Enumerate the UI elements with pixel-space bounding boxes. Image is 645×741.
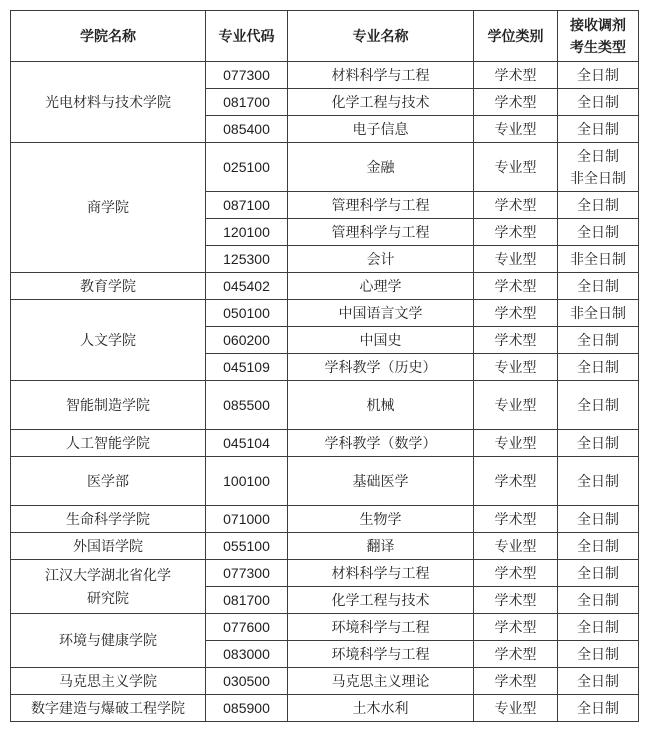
major-name-cell: 化学工程与技术: [288, 587, 474, 614]
degree-type-cell: 学术型: [474, 300, 558, 327]
table-row: 外国语学院055100翻译专业型全日制: [11, 533, 639, 560]
major-name-cell: 环境科学与工程: [288, 614, 474, 641]
table-header: 学院名称 专业代码 专业名称 学位类别 接收调剂 考生类型: [11, 11, 639, 62]
degree-type-cell: 学术型: [474, 587, 558, 614]
degree-type-cell: 专业型: [474, 430, 558, 457]
header-admit-candidate-type: 接收调剂 考生类型: [558, 11, 639, 62]
admit-candidate-type-cell: 全日制: [558, 506, 639, 533]
major-name-cell: 环境科学与工程: [288, 641, 474, 668]
major-name-cell: 翻译: [288, 533, 474, 560]
header-degree-type: 学位类别: [474, 11, 558, 62]
admit-candidate-type-cell: 全日制: [558, 327, 639, 354]
major-code-cell: 045104: [206, 430, 288, 457]
college-name-cell: 商学院: [11, 143, 206, 273]
degree-type-cell: 学术型: [474, 62, 558, 89]
degree-type-cell: 学术型: [474, 89, 558, 116]
degree-type-cell: 专业型: [474, 695, 558, 722]
major-code-cell: 055100: [206, 533, 288, 560]
degree-type-cell: 专业型: [474, 354, 558, 381]
admit-candidate-type-cell: 全日制: [558, 381, 639, 430]
degree-type-cell: 学术型: [474, 219, 558, 246]
table-row: 生命科学学院071000生物学学术型全日制: [11, 506, 639, 533]
admit-candidate-type-cell: 全日制: [558, 614, 639, 641]
major-code-cell: 100100: [206, 457, 288, 506]
admit-candidate-type-cell: 非全日制: [558, 246, 639, 273]
admit-candidate-type-cell: 全日制: [558, 192, 639, 219]
major-code-cell: 081700: [206, 89, 288, 116]
degree-type-cell: 学术型: [474, 641, 558, 668]
degree-type-cell: 专业型: [474, 143, 558, 192]
college-name-cell: 数字建造与爆破工程学院: [11, 695, 206, 722]
major-name-cell: 化学工程与技术: [288, 89, 474, 116]
major-name-cell: 金融: [288, 143, 474, 192]
major-code-cell: 120100: [206, 219, 288, 246]
admit-candidate-type-cell: 全日制: [558, 668, 639, 695]
college-name-cell: 智能制造学院: [11, 381, 206, 430]
table-row: 环境与健康学院077600环境科学与工程学术型全日制: [11, 614, 639, 641]
table-row: 江汉大学湖北省化学 研究院077300材料科学与工程学术型全日制: [11, 560, 639, 587]
major-name-cell: 材料科学与工程: [288, 560, 474, 587]
major-code-cell: 071000: [206, 506, 288, 533]
degree-type-cell: 学术型: [474, 506, 558, 533]
major-name-cell: 基础医学: [288, 457, 474, 506]
degree-type-cell: 专业型: [474, 381, 558, 430]
major-code-cell: 085400: [206, 116, 288, 143]
table-row: 智能制造学院085500机械专业型全日制: [11, 381, 639, 430]
degree-type-cell: 专业型: [474, 533, 558, 560]
admit-candidate-type-cell: 全日制: [558, 533, 639, 560]
major-code-cell: 077300: [206, 560, 288, 587]
table-row: 教育学院045402心理学学术型全日制: [11, 273, 639, 300]
major-code-cell: 045402: [206, 273, 288, 300]
college-name-cell: 外国语学院: [11, 533, 206, 560]
degree-type-cell: 学术型: [474, 560, 558, 587]
degree-type-cell: 专业型: [474, 246, 558, 273]
admit-candidate-type-cell: 全日制: [558, 587, 639, 614]
major-code-cell: 077300: [206, 62, 288, 89]
degree-type-cell: 学术型: [474, 327, 558, 354]
degree-type-cell: 学术型: [474, 273, 558, 300]
major-name-cell: 机械: [288, 381, 474, 430]
major-code-cell: 050100: [206, 300, 288, 327]
admit-candidate-type-cell: 全日制: [558, 695, 639, 722]
college-name-cell: 生命科学学院: [11, 506, 206, 533]
major-name-cell: 学科教学（历史）: [288, 354, 474, 381]
major-name-cell: 学科教学（数学）: [288, 430, 474, 457]
major-name-cell: 管理科学与工程: [288, 219, 474, 246]
major-name-cell: 电子信息: [288, 116, 474, 143]
major-code-cell: 085900: [206, 695, 288, 722]
college-name-cell: 光电材料与技术学院: [11, 62, 206, 143]
major-name-cell: 土木水利: [288, 695, 474, 722]
major-code-cell: 045109: [206, 354, 288, 381]
major-code-cell: 087100: [206, 192, 288, 219]
table-row: 数字建造与爆破工程学院085900土木水利专业型全日制: [11, 695, 639, 722]
major-code-cell: 077600: [206, 614, 288, 641]
table-body: 光电材料与技术学院077300材料科学与工程学术型全日制081700化学工程与技…: [11, 62, 639, 722]
admit-candidate-type-cell: 全日制: [558, 273, 639, 300]
table-row: 光电材料与技术学院077300材料科学与工程学术型全日制: [11, 62, 639, 89]
degree-type-cell: 学术型: [474, 668, 558, 695]
header-major-name: 专业名称: [288, 11, 474, 62]
admit-candidate-type-cell: 全日制: [558, 62, 639, 89]
college-name-cell: 环境与健康学院: [11, 614, 206, 668]
table-row: 人文学院050100中国语言文学学术型非全日制: [11, 300, 639, 327]
table-row: 人工智能学院045104学科教学（数学）专业型全日制: [11, 430, 639, 457]
table-row: 马克思主义学院030500马克思主义理论学术型全日制: [11, 668, 639, 695]
major-name-cell: 心理学: [288, 273, 474, 300]
major-name-cell: 管理科学与工程: [288, 192, 474, 219]
major-code-cell: 025100: [206, 143, 288, 192]
header-row: 学院名称 专业代码 专业名称 学位类别 接收调剂 考生类型: [11, 11, 639, 62]
degree-type-cell: 学术型: [474, 192, 558, 219]
table-row: 医学部100100基础医学学术型全日制: [11, 457, 639, 506]
admit-candidate-type-cell: 全日制: [558, 219, 639, 246]
major-name-cell: 马克思主义理论: [288, 668, 474, 695]
major-code-cell: 083000: [206, 641, 288, 668]
major-code-cell: 085500: [206, 381, 288, 430]
major-name-cell: 会计: [288, 246, 474, 273]
major-code-cell: 030500: [206, 668, 288, 695]
major-name-cell: 中国史: [288, 327, 474, 354]
college-name-cell: 马克思主义学院: [11, 668, 206, 695]
major-name-cell: 中国语言文学: [288, 300, 474, 327]
college-name-cell: 医学部: [11, 457, 206, 506]
admit-candidate-type-cell: 全日制: [558, 116, 639, 143]
admit-candidate-type-cell: 非全日制: [558, 300, 639, 327]
college-name-cell: 江汉大学湖北省化学 研究院: [11, 560, 206, 614]
admissions-table: 学院名称 专业代码 专业名称 学位类别 接收调剂 考生类型 光电材料与技术学院0…: [10, 10, 639, 722]
admit-candidate-type-cell: 全日制: [558, 89, 639, 116]
college-name-cell: 人文学院: [11, 300, 206, 381]
admit-candidate-type-cell: 全日制: [558, 354, 639, 381]
college-name-cell: 教育学院: [11, 273, 206, 300]
degree-type-cell: 学术型: [474, 457, 558, 506]
admit-candidate-type-cell: 全日制: [558, 430, 639, 457]
admit-candidate-type-cell: 全日制: [558, 560, 639, 587]
admit-candidate-type-cell: 全日制: [558, 457, 639, 506]
admit-candidate-type-cell: 全日制: [558, 641, 639, 668]
table-row: 商学院025100金融专业型全日制 非全日制: [11, 143, 639, 192]
college-name-cell: 人工智能学院: [11, 430, 206, 457]
major-code-cell: 081700: [206, 587, 288, 614]
degree-type-cell: 专业型: [474, 116, 558, 143]
document-page: 学院名称 专业代码 专业名称 学位类别 接收调剂 考生类型 光电材料与技术学院0…: [0, 0, 645, 722]
major-code-cell: 125300: [206, 246, 288, 273]
header-college-name: 学院名称: [11, 11, 206, 62]
header-major-code: 专业代码: [206, 11, 288, 62]
degree-type-cell: 学术型: [474, 614, 558, 641]
admit-candidate-type-cell: 全日制 非全日制: [558, 143, 639, 192]
major-code-cell: 060200: [206, 327, 288, 354]
major-name-cell: 生物学: [288, 506, 474, 533]
major-name-cell: 材料科学与工程: [288, 62, 474, 89]
